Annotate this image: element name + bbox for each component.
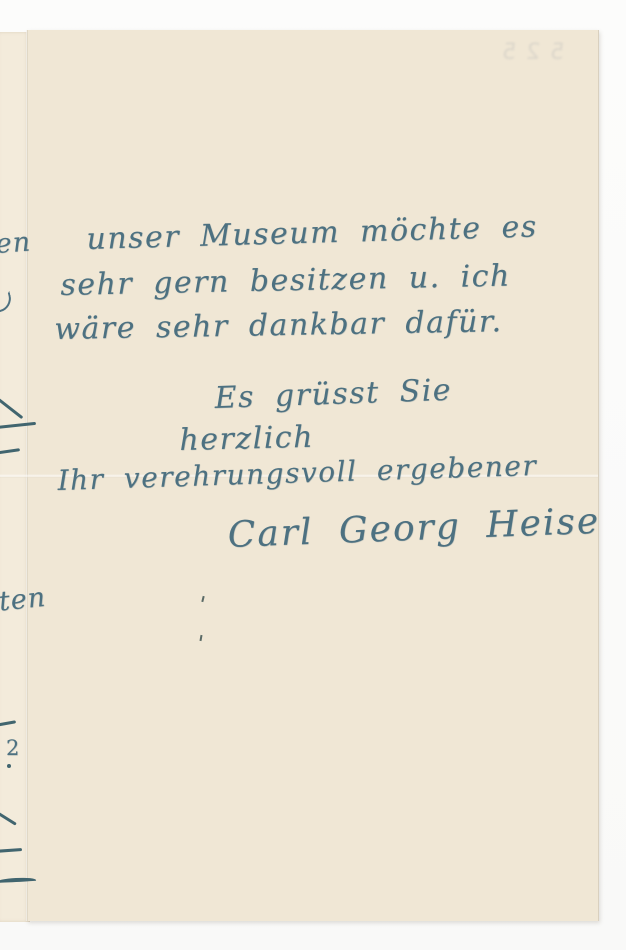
margin-fragment-number: 2 bbox=[6, 736, 20, 760]
margin-ink-dot bbox=[7, 764, 11, 768]
margin-fragment-text: len bbox=[0, 226, 32, 260]
scanned-letter-photo: 525 unser Museum möchte es sehr gern bes… bbox=[0, 0, 626, 950]
ghost-number-showthrough: 525 bbox=[491, 40, 566, 65]
letter-closing-line-2: herzlich bbox=[179, 420, 314, 458]
